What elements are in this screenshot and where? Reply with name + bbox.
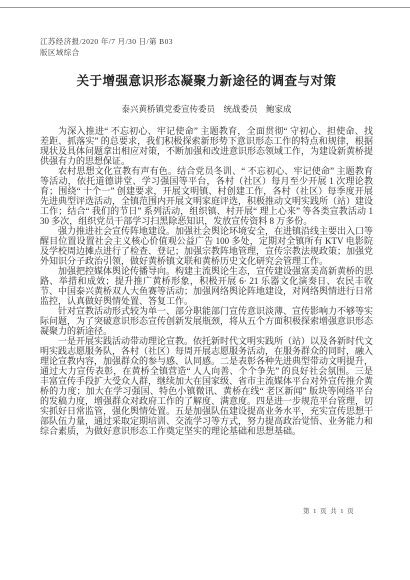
paragraph: 加强把控媒体舆论传播导向。构建主流舆论生态，宣传建设强富美高新黄桥的思路、举措和… [40, 266, 373, 306]
article-content: 江苏经济报/2020 年/7 月/30 日/第 B03 版区域综合 关于增强意识… [40, 36, 373, 436]
article-title: 关于增强意识形态凝聚力新途径的调查与对策 [40, 71, 373, 89]
source-line-1: 江苏经济报/2020 年/7 月/30 日/第 B03 [40, 36, 373, 47]
top-divider [0, 7, 410, 8]
paragraph: 强力推进社会宣传阵地建设。加强社会舆论环境安全，在进镇沿线主要出入口等醒目位置设… [40, 226, 373, 266]
article-body: 为深入推进“ 不忘初心、牢记使命” 主题教育，全面贯彻“ 守初心、担使命、找差距… [40, 126, 373, 436]
paragraph: 针对宣教活动形式较为单一、部分职能部门宣传意识淡薄、宣传影响力不够等实际问题，为… [40, 306, 373, 336]
source-line-2: 版区域综合 [40, 47, 373, 58]
paragraph: 一是开展实践活动带动理论宣教。依托新时代文明实践所（站）以及各新时代文明实践志愿… [40, 336, 373, 436]
page-number-indicator: 第 1 页 共 1 页 [303, 506, 355, 515]
document-page: { "source": { "line1": "江苏经济报/2020 年/7 月… [0, 0, 410, 580]
source-block: 江苏经济报/2020 年/7 月/30 日/第 B03 版区域综合 [40, 36, 373, 58]
paragraph: 农村思想文化宣教有声有色。结合党员冬训、“ 不忘初心、牢记使命” 主题教育等活动… [40, 166, 373, 226]
paragraph: 为深入推进“ 不忘初心、牢记使命” 主题教育，全面贯彻“ 守初心、担使命、找差距… [40, 126, 373, 166]
article-byline: 泰兴黄桥镇党委宣传委员 统战委员 鲍家成 [40, 103, 373, 115]
